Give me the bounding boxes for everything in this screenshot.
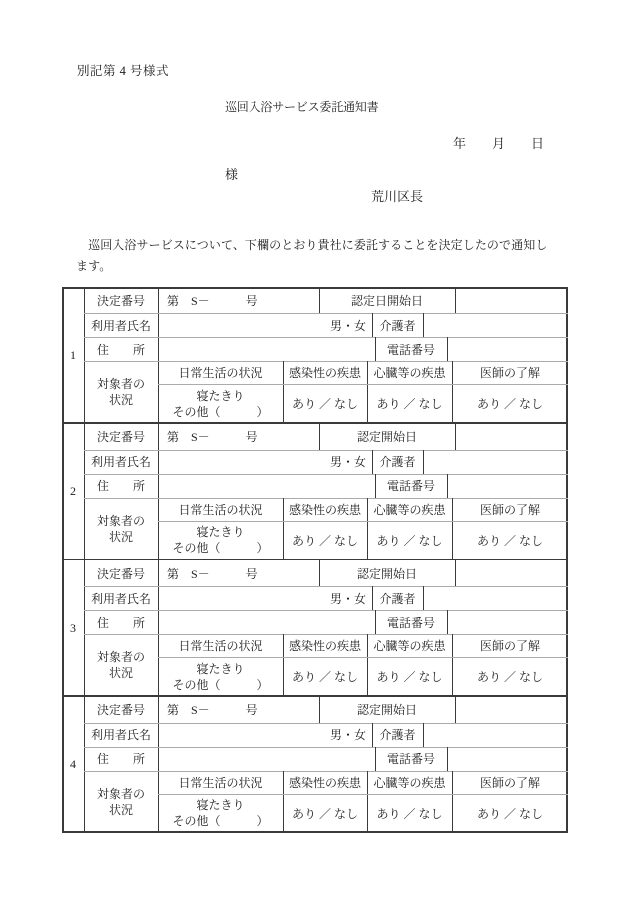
subject-status-label: 対象者の 状況 xyxy=(84,771,158,834)
infectious-disease-header: 感染性の疾患 xyxy=(283,498,367,521)
table-divider xyxy=(423,450,424,474)
heart-disease-header: 心臓等の疾患 xyxy=(367,498,452,521)
date-line: 年 月 日 xyxy=(453,133,544,152)
infectious-disease-value: あり ／ なし xyxy=(283,657,367,697)
caregiver-label: 介護者 xyxy=(372,313,423,337)
case-block: 2 決定番号 第 S－ 号 認定開始日 利用者氏名 男・女 介護者 住 所 電話… xyxy=(62,424,568,561)
infectious-disease-header: 感染性の疾患 xyxy=(283,634,367,657)
decision-number-label: 決定番号 xyxy=(84,697,158,723)
user-name-label: 利用者氏名 xyxy=(84,586,158,610)
subject-status-line1: 対象者の xyxy=(97,513,145,529)
doctor-consent-value: あり ／ なし xyxy=(452,384,568,424)
phone-label: 電話番号 xyxy=(375,337,447,361)
address-label: 住 所 xyxy=(84,337,158,361)
table-divider xyxy=(455,697,456,723)
doctor-consent-header: 医師の了解 xyxy=(452,771,568,794)
infectious-disease-header: 感染性の疾患 xyxy=(283,361,367,384)
daily-life-value: 寝たきり その他（ ） xyxy=(158,521,283,561)
decision-number-value: 第 S－ 号 xyxy=(158,697,319,723)
form-number-label: 別記第 4 号様式 xyxy=(77,61,169,79)
case-number: 4 xyxy=(62,697,84,834)
daily-life-value: 寝たきり その他（ ） xyxy=(158,657,283,697)
bedridden-label: 寝たきり xyxy=(196,661,244,677)
caregiver-label: 介護者 xyxy=(372,723,423,747)
subject-status-line1: 対象者の xyxy=(97,376,145,392)
gender-label: 男・女 xyxy=(158,313,372,337)
phone-label: 電話番号 xyxy=(375,474,447,498)
table-divider xyxy=(447,747,448,771)
case-number: 3 xyxy=(62,560,84,697)
doctor-consent-value: あり ／ なし xyxy=(452,794,568,834)
certification-start-label: 認定日開始日 xyxy=(319,287,455,313)
body-paragraph: 巡回入浴サービスについて、下欄のとおり貴社に委託することを決定したので通知し ま… xyxy=(76,235,566,277)
phone-label: 電話番号 xyxy=(375,610,447,634)
table-divider xyxy=(455,560,456,586)
paragraph-line-1: 巡回入浴サービスについて、下欄のとおり貴社に委託することを決定したので通知し xyxy=(76,238,547,252)
subject-status-label: 対象者の 状況 xyxy=(84,361,158,424)
address-label: 住 所 xyxy=(84,474,158,498)
decision-number-value: 第 S－ 号 xyxy=(158,560,319,586)
daily-life-header: 日常生活の状況 xyxy=(158,634,283,657)
daily-life-header: 日常生活の状況 xyxy=(158,361,283,384)
table-divider xyxy=(455,424,456,450)
block-separator xyxy=(62,832,568,834)
document-page: { "header": { "form_label": "別記第 4 号様式",… xyxy=(0,0,630,903)
table-divider xyxy=(423,723,424,747)
daily-life-value: 寝たきり その他（ ） xyxy=(158,794,283,834)
bedridden-label: 寝たきり xyxy=(196,524,244,540)
heart-disease-value: あり ／ なし xyxy=(367,794,452,834)
case-number: 1 xyxy=(62,287,84,424)
user-name-label: 利用者氏名 xyxy=(84,723,158,747)
subject-status-line2: 状況 xyxy=(109,665,133,681)
table-divider xyxy=(455,287,456,313)
doctor-consent-value: あり ／ なし xyxy=(452,521,568,561)
other-label: その他（ ） xyxy=(172,677,268,693)
table-divider xyxy=(447,474,448,498)
phone-label: 電話番号 xyxy=(375,747,447,771)
infectious-disease-value: あり ／ なし xyxy=(283,384,367,424)
doctor-consent-header: 医師の了解 xyxy=(452,634,568,657)
subject-status-line2: 状況 xyxy=(109,529,133,545)
heart-disease-value: あり ／ なし xyxy=(367,384,452,424)
case-number: 2 xyxy=(62,424,84,561)
paragraph-line-2: ます。 xyxy=(76,259,111,273)
table-divider xyxy=(447,337,448,361)
subject-status-line1: 対象者の xyxy=(97,786,145,802)
decision-number-value: 第 S－ 号 xyxy=(158,424,319,450)
bedridden-label: 寝たきり xyxy=(196,388,244,404)
gender-label: 男・女 xyxy=(158,586,372,610)
certification-start-label: 認定開始日 xyxy=(319,424,455,450)
user-name-label: 利用者氏名 xyxy=(84,450,158,474)
heart-disease-value: あり ／ なし xyxy=(367,657,452,697)
subject-status-label: 対象者の 状況 xyxy=(84,634,158,697)
bedridden-label: 寝たきり xyxy=(196,797,244,813)
infectious-disease-value: あり ／ なし xyxy=(283,521,367,561)
issuer-name: 荒川区長 xyxy=(371,186,423,205)
caregiver-label: 介護者 xyxy=(372,586,423,610)
decision-number-value: 第 S－ 号 xyxy=(158,287,319,313)
subject-status-line1: 対象者の xyxy=(97,649,145,665)
certification-start-label: 認定開始日 xyxy=(319,697,455,723)
page-title: 巡回入浴サービス委託通知書 xyxy=(225,98,378,115)
table-divider xyxy=(447,610,448,634)
addressee-honorific: 様 xyxy=(225,164,238,183)
caregiver-label: 介護者 xyxy=(372,450,423,474)
subject-status-line2: 状況 xyxy=(109,392,133,408)
infectious-disease-header: 感染性の疾患 xyxy=(283,771,367,794)
daily-life-value: 寝たきり その他（ ） xyxy=(158,384,283,424)
doctor-consent-header: 医師の了解 xyxy=(452,498,568,521)
gender-label: 男・女 xyxy=(158,450,372,474)
case-block: 3 決定番号 第 S－ 号 認定開始日 利用者氏名 男・女 介護者 住 所 電話… xyxy=(62,560,568,697)
address-label: 住 所 xyxy=(84,610,158,634)
gender-label: 男・女 xyxy=(158,723,372,747)
other-label: その他（ ） xyxy=(172,540,268,556)
subject-status-label: 対象者の 状況 xyxy=(84,498,158,561)
decision-number-label: 決定番号 xyxy=(84,287,158,313)
doctor-consent-value: あり ／ なし xyxy=(452,657,568,697)
subject-status-line2: 状況 xyxy=(109,802,133,818)
address-label: 住 所 xyxy=(84,747,158,771)
heart-disease-header: 心臓等の疾患 xyxy=(367,361,452,384)
certification-start-label: 認定開始日 xyxy=(319,560,455,586)
heart-disease-value: あり ／ なし xyxy=(367,521,452,561)
other-label: その他（ ） xyxy=(172,404,268,420)
daily-life-header: 日常生活の状況 xyxy=(158,498,283,521)
heart-disease-header: 心臓等の疾患 xyxy=(367,634,452,657)
heart-disease-header: 心臓等の疾患 xyxy=(367,771,452,794)
case-block: 4 決定番号 第 S－ 号 認定開始日 利用者氏名 男・女 介護者 住 所 電話… xyxy=(62,697,568,834)
infectious-disease-value: あり ／ なし xyxy=(283,794,367,834)
decision-number-label: 決定番号 xyxy=(84,560,158,586)
table-divider xyxy=(423,313,424,337)
decision-number-label: 決定番号 xyxy=(84,424,158,450)
daily-life-header: 日常生活の状況 xyxy=(158,771,283,794)
user-name-label: 利用者氏名 xyxy=(84,313,158,337)
table-divider xyxy=(423,586,424,610)
case-block: 1 決定番号 第 S－ 号 認定日開始日 利用者氏名 男・女 介護者 住 所 電… xyxy=(62,287,568,424)
notification-table: 1 決定番号 第 S－ 号 認定日開始日 利用者氏名 男・女 介護者 住 所 電… xyxy=(62,287,568,833)
doctor-consent-header: 医師の了解 xyxy=(452,361,568,384)
other-label: その他（ ） xyxy=(172,813,268,829)
